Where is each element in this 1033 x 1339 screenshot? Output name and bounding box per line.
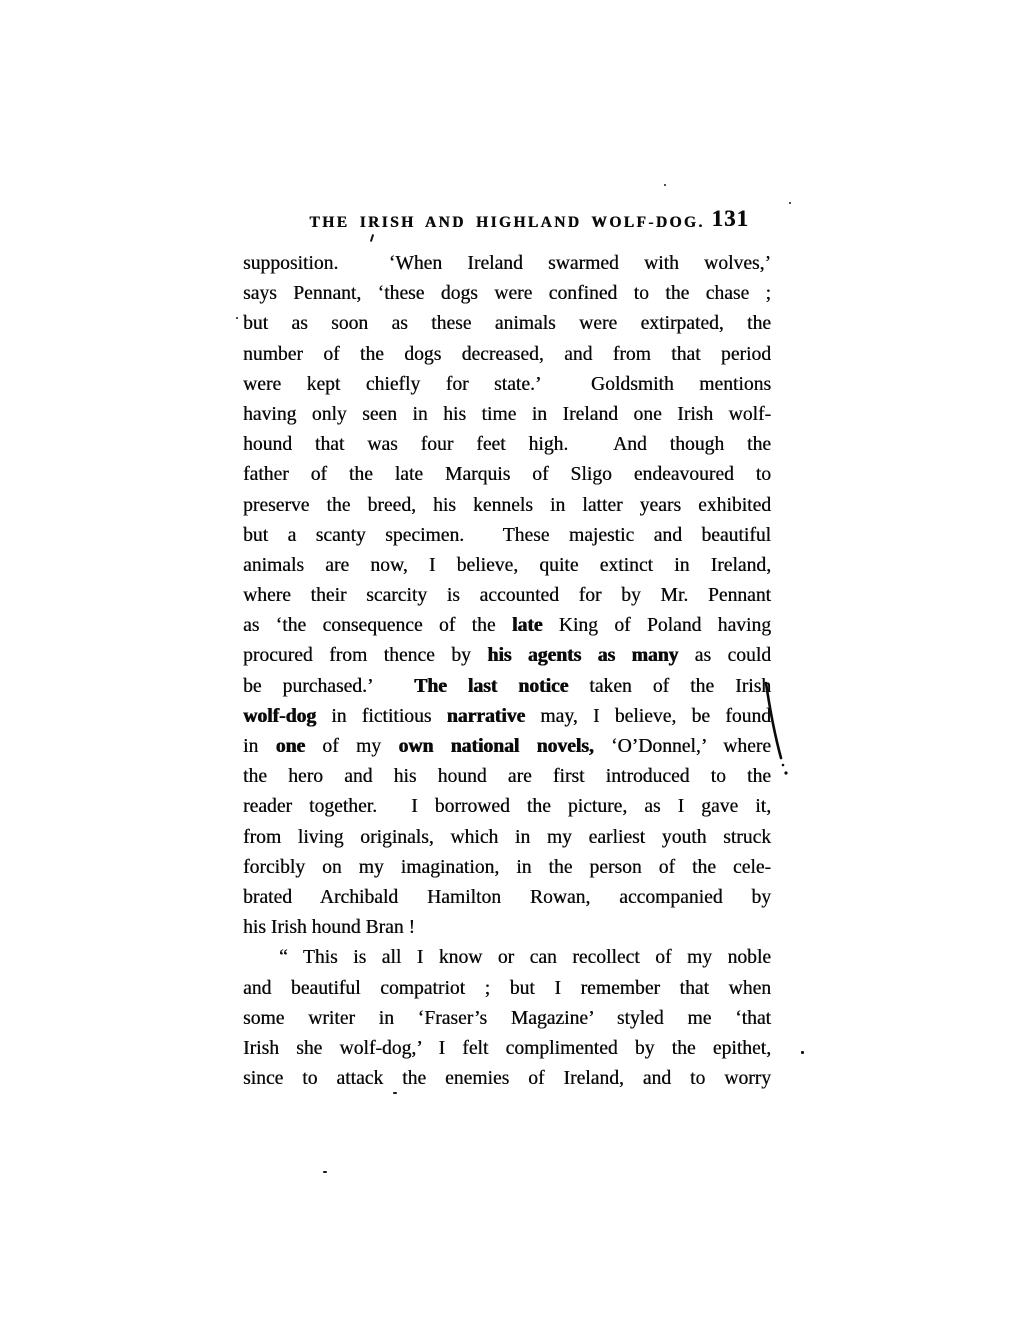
text-line: Irish she wolf-dog,’ I felt complimented…	[243, 1034, 771, 1064]
page-title: THE IRISH AND HIGHLAND WOLF-DOG.	[243, 214, 771, 232]
text-line: animals are now, I believe, quite extinc…	[243, 551, 771, 581]
text-line: father of the late Marquis of Sligo ende…	[243, 460, 771, 490]
text-line: from living originals, which in my earli…	[243, 823, 771, 853]
text-line: the hero and his hound are first introdu…	[243, 762, 771, 792]
text-line: number of the dogs decreased, and from t…	[243, 340, 771, 370]
book-page: THE IRISH AND HIGHLAND WOLF-DOG. 131 sup…	[0, 0, 1033, 1339]
text-line: wolf-dog in fictitious narrative may, I …	[243, 702, 771, 732]
paragraph: “ This is all I know or can recollect of…	[243, 943, 771, 1094]
text-line: supposition. ‘When Ireland swarmed with …	[243, 249, 771, 279]
ink-speck	[801, 1051, 804, 1054]
text-line: as ‘the consequence of the late King of …	[243, 611, 771, 641]
text-line: but as soon as these animals were extirp…	[243, 309, 771, 339]
paragraph: supposition. ‘When Ireland swarmed with …	[243, 249, 771, 943]
ink-speck	[323, 1171, 327, 1173]
running-header: THE IRISH AND HIGHLAND WOLF-DOG. 131	[243, 206, 771, 240]
text-line: procured from thence by his agents as ma…	[243, 641, 771, 671]
text-line: and beautiful compatriot ; but I remembe…	[243, 974, 771, 1004]
ink-speck	[789, 202, 791, 204]
text-line: “ This is all I know or can recollect of…	[243, 943, 771, 973]
text-line: his Irish hound Bran !	[243, 913, 771, 943]
text-line: where their scarcity is accounted for by…	[243, 581, 771, 611]
page-number: 131	[712, 206, 750, 232]
ink-speck	[236, 317, 238, 319]
text-line: hound that was four feet high. And thoug…	[243, 430, 771, 460]
text-block: supposition. ‘When Ireland swarmed with …	[243, 249, 771, 1094]
text-line: since to attack the enemies of Ireland, …	[243, 1064, 771, 1094]
text-line: in one of my own national novels, ‘O’Don…	[243, 732, 771, 762]
ink-speck	[393, 1092, 397, 1094]
ink-speck	[664, 184, 666, 186]
text-line: some writer in ‘Fraser’s Magazine’ style…	[243, 1004, 771, 1034]
text-line: be purchased.’ The last notice taken of …	[243, 672, 771, 702]
text-line: preserve the breed, his kennels in latte…	[243, 491, 771, 521]
text-line: but a scanty specimen. These majestic an…	[243, 521, 771, 551]
text-line: says Pennant, ‘these dogs were confined …	[243, 279, 771, 309]
text-line: brated Archibald Hamilton Rowan, accompa…	[243, 883, 771, 913]
text-line: having only seen in his time in Ireland …	[243, 400, 771, 430]
text-line: forcibly on my imagination, in the perso…	[243, 853, 771, 883]
text-line: were kept chiefly for state.’ Goldsmith …	[243, 370, 771, 400]
text-line: reader together. I borrowed the picture,…	[243, 792, 771, 822]
